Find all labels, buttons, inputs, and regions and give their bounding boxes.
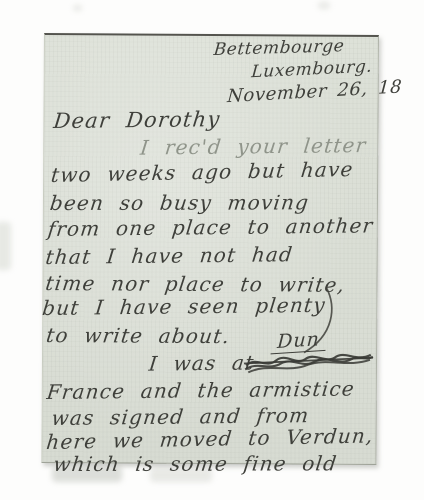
body-line: to write about. [45, 325, 231, 346]
scanner-smudge [318, 2, 330, 9]
opening-line: I rec'd your letter [139, 135, 367, 158]
heading-date: November 26, 18 [227, 78, 403, 106]
correction-pre: I was at [148, 352, 256, 373]
scan-background: Bettembourge Luxembourg. November 26, 18… [0, 0, 424, 500]
scanner-smudge [0, 222, 11, 270]
struck-word-scribble [243, 347, 376, 377]
body-line: two weeks ago but have [50, 159, 355, 185]
letter-paper: Bettembourge Luxembourg. November 26, 18… [41, 33, 379, 465]
closing-line: here we moved to Verdun, [45, 425, 374, 452]
body-line: that I have not had [45, 244, 295, 267]
scanner-smudge [73, 5, 82, 11]
body-line: been so busy moving [49, 192, 311, 213]
salutation: Dear Dorothy [52, 109, 221, 132]
heading-country: Luxembourg. [251, 59, 373, 82]
closing-line: France and the armistice [46, 378, 356, 402]
heading-place: Bettembourge [213, 38, 345, 59]
body-line: but I have seen plenty [41, 295, 327, 318]
closing-line: which is some fine old [52, 453, 338, 474]
body-line: from one place to another [47, 215, 375, 239]
